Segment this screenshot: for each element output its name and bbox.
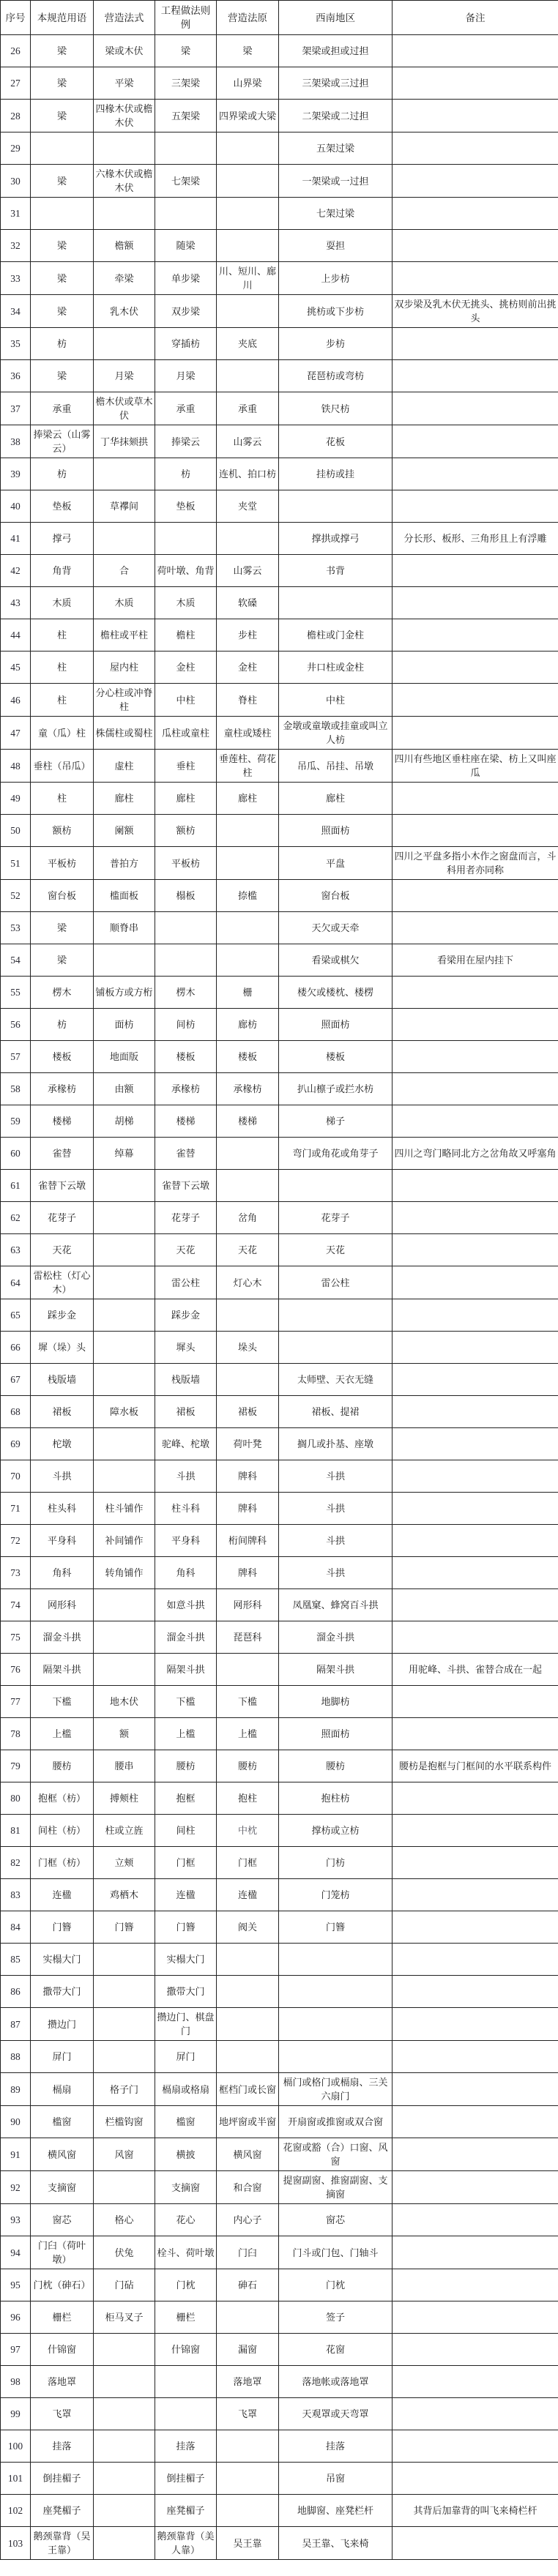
table-cell — [393, 1525, 558, 1557]
table-row: 50额枋阑额额枋照面枋 — [1, 815, 558, 847]
table-cell: 五架梁 — [155, 100, 217, 132]
table-cell: 斗拱 — [279, 1460, 393, 1493]
table-cell — [279, 1299, 393, 1332]
table-cell: 中柱 — [279, 684, 393, 717]
table-cell: 天花 — [217, 1234, 279, 1266]
table-cell: 架梁或担或过担 — [279, 35, 393, 67]
column-header-5: 西南地区 — [279, 1, 393, 35]
table-cell — [393, 2301, 558, 2334]
table-cell: 角背 — [31, 555, 94, 587]
table-cell — [155, 2398, 217, 2430]
table-cell: 门砧 — [94, 2269, 155, 2301]
table-cell — [393, 67, 558, 100]
table-row: 28梁四椽木伏或檐木伏五架梁四界梁或大梁二架梁或二过担 — [1, 100, 558, 132]
table-cell: 中枕 — [217, 1815, 279, 1847]
table-cell: 楼板 — [279, 1041, 393, 1073]
table-cell — [217, 1654, 279, 1686]
row-number: 67 — [1, 1364, 31, 1396]
table-cell: 飞罩 — [31, 2398, 94, 2430]
table-cell: 檐木伏或草木伏 — [94, 392, 155, 425]
table-cell: 檐柱 — [155, 619, 217, 652]
table-cell: 地面版 — [94, 1041, 155, 1073]
table-row: 66墀（垛）头墀头垛头 — [1, 1332, 558, 1364]
table-cell: 岔角 — [217, 1202, 279, 1234]
table-cell: 间柱 — [155, 1815, 217, 1847]
table-row: 65踩步金踩步金 — [1, 1299, 558, 1332]
table-row: 90槛窗栏槛钩窗槛窗地坪窗或半窗开扇窗或推窗或双合窗 — [1, 2106, 558, 2138]
table-cell: 琵琶科 — [217, 1621, 279, 1654]
table-cell — [94, 1944, 155, 1976]
table-cell — [217, 295, 279, 328]
table-cell: 门框（枋） — [31, 1847, 94, 1879]
table-cell: 屏门 — [31, 2041, 94, 2073]
table-cell — [217, 1976, 279, 2008]
table-row: 61雀替下云墩雀替下云墩 — [1, 1170, 558, 1202]
table-cell: 地脚窗、座凳栏杆 — [279, 2495, 393, 2527]
table-cell: 撑弓 — [31, 523, 94, 555]
table-cell — [393, 717, 558, 750]
table-cell: 山雾云 — [217, 555, 279, 587]
table-cell — [217, 1138, 279, 1170]
table-cell: 签子 — [279, 2301, 393, 2334]
row-number: 83 — [1, 1879, 31, 1911]
table-cell — [393, 2171, 558, 2204]
table-cell: 柱 — [31, 652, 94, 684]
table-cell: 梁或木伏 — [94, 35, 155, 67]
table-cell: 看梁用在屋内挂下 — [393, 944, 558, 977]
table-cell: 四川有些地区垂柱座在梁、枋上又叫座瓜 — [393, 750, 558, 783]
table-cell: 挂落 — [31, 2430, 94, 2463]
table-cell: 看梁或棋欠 — [279, 944, 393, 977]
header-row: 序号本规范用语营造法式工程做法则例营造法原西南地区备注 — [1, 1, 558, 35]
table-cell — [217, 230, 279, 262]
row-number: 53 — [1, 912, 31, 944]
table-cell: 槛窗 — [31, 2106, 94, 2138]
table-cell: 网形科 — [217, 1589, 279, 1621]
table-cell: 落地罩 — [31, 2366, 94, 2398]
table-cell: 榻板 — [155, 880, 217, 912]
table-cell — [279, 1976, 393, 2008]
table-cell — [94, 132, 155, 165]
row-number: 88 — [1, 2041, 31, 2073]
table-cell: 柱 — [31, 783, 94, 815]
table-cell: 座凳楣子 — [155, 2495, 217, 2527]
table-row: 26梁梁或木伏梁梁架梁或担或过担 — [1, 35, 558, 67]
table-cell — [94, 1460, 155, 1493]
table-cell — [217, 912, 279, 944]
row-number: 74 — [1, 1589, 31, 1621]
table-cell: 撒带大门 — [155, 1976, 217, 2008]
table-cell: 凤凰窠、蜂窝百斗拱 — [279, 1589, 393, 1621]
table-cell: 灯心木 — [217, 1266, 279, 1299]
row-number: 81 — [1, 1815, 31, 1847]
table-cell: 楼梯 — [217, 1105, 279, 1138]
table-cell: 楼板 — [155, 1041, 217, 1073]
table-cell — [393, 1041, 558, 1073]
table-cell: 风窗 — [94, 2138, 155, 2171]
table-cell: 间柱（枋） — [31, 1815, 94, 1847]
table-cell — [94, 2171, 155, 2204]
table-cell: 四界梁或大梁 — [217, 100, 279, 132]
table-cell: 楞木 — [31, 977, 94, 1009]
row-number: 94 — [1, 2236, 31, 2269]
table-cell — [393, 1493, 558, 1525]
table-row: 67栈版墙栈版墙太师壁、天衣无缝 — [1, 1364, 558, 1396]
table-cell — [393, 1557, 558, 1589]
table-cell — [94, 2366, 155, 2398]
table-cell: 雀替下云墩 — [155, 1170, 217, 1202]
table-cell: 吴王靠、飞来椅 — [279, 2527, 393, 2560]
table-cell: 垫板 — [31, 490, 94, 523]
table-cell: 分心柱或冲脊柱 — [94, 684, 155, 717]
table-cell — [94, 944, 155, 977]
table-cell: 梁 — [31, 230, 94, 262]
table-cell — [393, 1266, 558, 1299]
table-cell: 一架梁或一过担 — [279, 165, 393, 198]
column-header-6: 备注 — [393, 1, 558, 35]
table-row: 97什锦窗什锦窗漏窗花窗 — [1, 2334, 558, 2366]
table-cell: 腰枋 — [217, 1750, 279, 1782]
table-row: 71柱头科柱斗铺作柱斗科牌科斗拱 — [1, 1493, 558, 1525]
table-row: 92支摘窗支摘窗和合窗提窗副窗、推窗副窗、支摘窗 — [1, 2171, 558, 2204]
table-cell: 抱框 — [155, 1782, 217, 1815]
table-row: 102座凳楣子座凳楣子地脚窗、座凳栏杆其背后加靠背的叫飞来椅栏杆 — [1, 2495, 558, 2527]
table-cell: 框档门或长窗 — [217, 2073, 279, 2106]
table-cell: 隔架斗拱 — [279, 1654, 393, 1686]
table-cell: 上槛 — [31, 1718, 94, 1750]
table-row: 93窗芯格心花心内心子窗芯 — [1, 2204, 558, 2236]
row-number: 46 — [1, 684, 31, 717]
table-cell — [393, 1718, 558, 1750]
table-cell — [393, 458, 558, 490]
table-cell: 捧梁云 — [155, 425, 217, 458]
table-cell: 夹底 — [217, 328, 279, 360]
table-cell — [393, 652, 558, 684]
table-cell — [393, 2334, 558, 2366]
table-row: 49柱廊柱廊柱廊柱廊柱 — [1, 783, 558, 815]
column-header-4: 营造法原 — [217, 1, 279, 35]
table-cell — [279, 1332, 393, 1364]
table-cell: 牌科 — [217, 1557, 279, 1589]
table-cell — [393, 1234, 558, 1266]
table-cell — [393, 2398, 558, 2430]
row-number: 71 — [1, 1493, 31, 1525]
table-cell: 搁几或扑基、座墩 — [279, 1428, 393, 1460]
table-cell — [94, 1976, 155, 2008]
table-cell: 照面枋 — [279, 815, 393, 847]
row-number: 36 — [1, 360, 31, 392]
row-number: 78 — [1, 1718, 31, 1750]
table-cell: 平盘 — [279, 847, 393, 880]
table-cell: 额枋 — [155, 815, 217, 847]
table-cell: 梁 — [31, 944, 94, 977]
table-cell: 花心 — [155, 2204, 217, 2236]
table-cell — [393, 1879, 558, 1911]
table-row: 48垂柱（吊瓜）虚柱垂柱垂莲柱、荷花柱吊瓜、吊挂、吊墩四川有些地区垂柱座在梁、枋… — [1, 750, 558, 783]
table-cell: 单步梁 — [155, 262, 217, 295]
table-cell: 门框 — [217, 1847, 279, 1879]
table-cell — [393, 1976, 558, 2008]
table-cell: 桁间牌科 — [217, 1525, 279, 1557]
table-cell: 铁尺枋 — [279, 392, 393, 425]
table-row: 45柱屋内柱金柱金柱井口柱或金柱 — [1, 652, 558, 684]
table-cell: 挂枋或挂 — [279, 458, 393, 490]
table-cell — [155, 198, 217, 230]
table-cell: 什锦窗 — [155, 2334, 217, 2366]
table-row: 34梁乳木伏双步梁挑枋或下步枋双步梁及乳木伏无挑头、挑枋则前出挑头 — [1, 295, 558, 328]
table-cell — [393, 1460, 558, 1493]
table-cell: 承椽枋 — [155, 1073, 217, 1105]
table-cell — [94, 2041, 155, 2073]
table-cell — [393, 132, 558, 165]
table-cell: 柱 — [31, 619, 94, 652]
table-cell: 撒带大门 — [31, 1976, 94, 2008]
table-cell: 门笼枋 — [279, 1879, 393, 1911]
table-cell: 栅 — [217, 977, 279, 1009]
table-cell: 四川之弯门略同北方之岔角故又呼塞角 — [393, 1138, 558, 1170]
table-cell: 槅扇或格扇 — [155, 2073, 217, 2106]
row-number: 55 — [1, 977, 31, 1009]
table-cell: 额 — [94, 1718, 155, 1750]
table-cell: 牌科 — [217, 1460, 279, 1493]
table-cell — [393, 2073, 558, 2106]
table-cell: 落地罩 — [217, 2366, 279, 2398]
table-row: 99飞罩飞罩天观罩或天弯罩 — [1, 2398, 558, 2430]
table-cell: 童（瓜）柱 — [31, 717, 94, 750]
table-cell — [393, 198, 558, 230]
table-cell — [94, 1332, 155, 1364]
table-cell — [279, 1944, 393, 1976]
table-cell: 廊柱 — [279, 783, 393, 815]
table-row: 73角科转角铺作角科牌科斗拱 — [1, 1557, 558, 1589]
row-number: 70 — [1, 1460, 31, 1493]
table-cell: 网形科 — [31, 1589, 94, 1621]
table-cell: 座凳楣子 — [31, 2495, 94, 2527]
table-cell: 裙板 — [155, 1396, 217, 1428]
table-cell: 连楹 — [217, 1879, 279, 1911]
table-row: 43木质木质木质软磉 — [1, 587, 558, 619]
table-cell: 吴王靠 — [217, 2527, 279, 2560]
table-cell: 栓斗、荷叶墩 — [155, 2236, 217, 2269]
table-cell: 门枕 — [155, 2269, 217, 2301]
table-cell: 四椽木伏或檐木伏 — [94, 100, 155, 132]
table-cell: 承重 — [31, 392, 94, 425]
row-number: 102 — [1, 2495, 31, 2527]
table-cell: 裙板、提裙 — [279, 1396, 393, 1428]
table-cell: 裙板 — [217, 1396, 279, 1428]
table-cell — [393, 1589, 558, 1621]
table-cell: 立颊 — [94, 1847, 155, 1879]
table-row: 37承重檐木伏或草木伏承重承重铁尺枋 — [1, 392, 558, 425]
table-cell: 什锦窗 — [31, 2334, 94, 2366]
table-cell: 连楹 — [31, 1879, 94, 1911]
table-cell — [217, 2495, 279, 2527]
table-cell: 窗芯 — [279, 2204, 393, 2236]
table-cell: 上步枋 — [279, 262, 393, 295]
table-row: 94门臼（荷叶墩）伏兔栓斗、荷叶墩门臼门斗或门包、门轴斗 — [1, 2236, 558, 2269]
table-row: 76隔架斗拱隔架斗拱隔架斗拱用驼峰、斗拱、雀替合成在一起 — [1, 1654, 558, 1686]
table-cell — [393, 1105, 558, 1138]
table-row: 38捧梁云（山雾云）丁华抹颏拱捧梁云山雾云花板 — [1, 425, 558, 458]
table-row: 82门框（枋）立颊门框门框门枋 — [1, 1847, 558, 1879]
row-number: 32 — [1, 230, 31, 262]
table-cell: 铺板方或方桁 — [94, 977, 155, 1009]
table-cell: 穿插枋 — [155, 328, 217, 360]
table-cell: 雷公柱 — [155, 1266, 217, 1299]
table-cell — [217, 2430, 279, 2463]
table-cell: 攒边门、棋盘门 — [155, 2008, 217, 2041]
row-number: 63 — [1, 1234, 31, 1266]
table-cell: 弯门或角花或角芽子 — [279, 1138, 393, 1170]
table-cell: 井口柱或金柱 — [279, 652, 393, 684]
table-cell: 吊窗 — [279, 2463, 393, 2495]
row-number: 73 — [1, 1557, 31, 1589]
table-cell: 虚柱 — [94, 750, 155, 783]
table-cell: 照面枋 — [279, 1718, 393, 1750]
table-cell: 承重 — [217, 392, 279, 425]
table-body: 26梁梁或木伏梁梁架梁或担或过担27梁平梁三架梁山界梁三架梁或三过担28梁四椽木… — [1, 35, 558, 2560]
table-cell: 耍担 — [279, 230, 393, 262]
table-cell: 平身科 — [155, 1525, 217, 1557]
table-cell — [393, 783, 558, 815]
table-cell: 花板 — [279, 425, 393, 458]
table-cell — [393, 2106, 558, 2138]
table-cell: 荷叶墩、角背 — [155, 555, 217, 587]
table-cell: 溜金斗拱 — [155, 1621, 217, 1654]
table-row: 60雀替绰幕雀替弯门或角花或角芽子四川之弯门略同北方之岔角故又呼塞角 — [1, 1138, 558, 1170]
table-cell: 垂柱 — [155, 750, 217, 783]
table-cell: 格心 — [94, 2204, 155, 2236]
table-cell: 梁 — [31, 295, 94, 328]
table-cell: 枋 — [155, 458, 217, 490]
row-number: 61 — [1, 1170, 31, 1202]
row-number: 65 — [1, 1299, 31, 1332]
table-cell: 地木伏 — [94, 1686, 155, 1718]
table-cell: 抱框（枋） — [31, 1782, 94, 1815]
table-cell: 金墩或童墩或挂童或叫立人枋 — [279, 717, 393, 750]
table-cell: 挑枋或下步枋 — [279, 295, 393, 328]
table-cell: 上槛 — [155, 1718, 217, 1750]
row-number: 56 — [1, 1009, 31, 1041]
row-number: 57 — [1, 1041, 31, 1073]
table-cell — [393, 1621, 558, 1654]
table-cell: 花芽子 — [31, 1202, 94, 1234]
table-cell — [393, 230, 558, 262]
table-cell: 门框 — [155, 1847, 217, 1879]
row-number: 29 — [1, 132, 31, 165]
table-cell: 荷叶凳 — [217, 1428, 279, 1460]
table-cell: 雀替下云墩 — [31, 1170, 94, 1202]
table-cell: 格子门 — [94, 2073, 155, 2106]
table-row: 40垫板草襻间垫板夹堂 — [1, 490, 558, 523]
table-cell: 瓜柱或童柱 — [155, 717, 217, 750]
table-cell: 乳木伏 — [94, 295, 155, 328]
row-number: 92 — [1, 2171, 31, 2204]
table-cell: 角科 — [155, 1557, 217, 1589]
table-cell: 照面枋 — [279, 1009, 393, 1041]
table-cell: 平身科 — [31, 1525, 94, 1557]
table-cell: 实榻大门 — [155, 1944, 217, 1976]
table-cell: 垫板 — [155, 490, 217, 523]
table-cell — [393, 1009, 558, 1041]
table-cell: 月梁 — [94, 360, 155, 392]
table-cell: 梁 — [31, 35, 94, 67]
table-row: 75溜金斗拱溜金斗拱琵琶科溜金斗拱 — [1, 1621, 558, 1654]
table-row: 52窗台板槛面板榻板捺槛窗台板 — [1, 880, 558, 912]
row-number: 69 — [1, 1428, 31, 1460]
table-cell: 转角铺作 — [94, 1557, 155, 1589]
table-cell — [94, 1170, 155, 1202]
table-cell: 伏兔 — [94, 2236, 155, 2269]
table-cell: 倒挂楣子 — [31, 2463, 94, 2495]
table-cell: 下槛 — [217, 1686, 279, 1718]
table-cell: 和合窗 — [217, 2171, 279, 2204]
table-cell — [217, 165, 279, 198]
table-cell: 株儒柱或蜀柱 — [94, 717, 155, 750]
table-cell: 腰串 — [94, 1750, 155, 1782]
table-cell: 踩步金 — [31, 1299, 94, 1332]
table-cell: 三架梁 — [155, 67, 217, 100]
row-number: 96 — [1, 2301, 31, 2334]
table-cell — [393, 1428, 558, 1460]
table-cell: 木质 — [94, 587, 155, 619]
table-row: 80抱框（枋）搏颊柱抱框抱柱抱柱枋 — [1, 1782, 558, 1815]
table-cell — [217, 2041, 279, 2073]
table-cell: 腰枋 — [279, 1750, 393, 1782]
table-cell: 抱柱枋 — [279, 1782, 393, 1815]
table-cell — [393, 1944, 558, 1976]
table-cell — [393, 165, 558, 198]
table-cell — [393, 2008, 558, 2041]
table-cell: 门臼（荷叶墩） — [31, 2236, 94, 2269]
table-cell — [393, 1332, 558, 1364]
table-row: 83连楹鸡栖木连楹连楹门笼枋 — [1, 1879, 558, 1911]
table-cell — [94, 523, 155, 555]
table-cell: 柱斗科 — [155, 1493, 217, 1525]
table-cell: 花窗 — [279, 2334, 393, 2366]
table-cell: 屋内柱 — [94, 652, 155, 684]
row-number: 35 — [1, 328, 31, 360]
table-cell — [279, 2008, 393, 2041]
table-cell: 地坪窗或半窗 — [217, 2106, 279, 2138]
table-row: 91横风窗风窗横披横风窗花窗或豁（合）口窗、风窗 — [1, 2138, 558, 2171]
table-row: 69柁墩驼峰、柁墩荷叶凳搁几或扑基、座墩 — [1, 1428, 558, 1460]
table-cell — [94, 1299, 155, 1332]
table-cell: 由额 — [94, 1073, 155, 1105]
row-number: 84 — [1, 1911, 31, 1944]
row-number: 44 — [1, 619, 31, 652]
table-cell — [393, 977, 558, 1009]
table-cell — [94, 1654, 155, 1686]
table-cell: 夹堂 — [217, 490, 279, 523]
table-cell: 间枋 — [155, 1009, 217, 1041]
table-cell: 金柱 — [155, 652, 217, 684]
table-cell: 廊柱 — [155, 783, 217, 815]
table-cell — [94, 458, 155, 490]
table-cell: 窗芯 — [31, 2204, 94, 2236]
table-cell — [393, 1847, 558, 1879]
table-cell: 墀（垛）头 — [31, 1332, 94, 1364]
table-row: 47童（瓜）柱株儒柱或蜀柱瓜柱或童柱童柱或矮柱金墩或童墩或挂童或叫立人枋 — [1, 717, 558, 750]
table-cell — [393, 35, 558, 67]
row-number: 91 — [1, 2138, 31, 2171]
table-cell: 飞罩 — [217, 2398, 279, 2430]
table-cell: 撑拱或撑弓 — [279, 523, 393, 555]
table-cell: 横披 — [155, 2138, 217, 2171]
table-cell — [217, 944, 279, 977]
table-cell: 楼梯 — [155, 1105, 217, 1138]
table-cell: 牵梁 — [94, 262, 155, 295]
